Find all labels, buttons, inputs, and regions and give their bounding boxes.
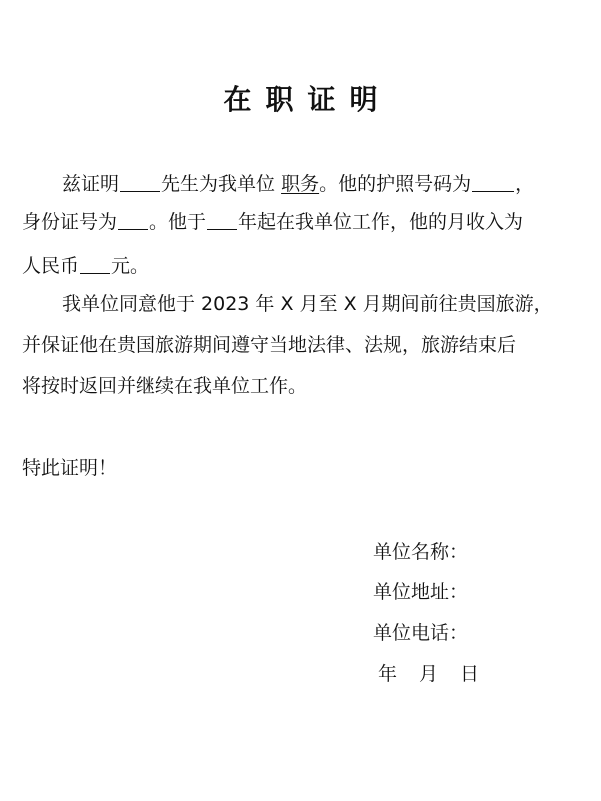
- closing-statement: 特此证明！: [22, 456, 117, 480]
- text: 先生为我单位: [161, 173, 281, 195]
- start-year-blank[interactable]: [207, 228, 237, 230]
- text: 元。: [111, 255, 149, 277]
- company-address-label: 单位地址：: [373, 580, 468, 604]
- paragraph1-line2: 身份证号为。他于年起在我单位工作，他的月收入为: [22, 210, 523, 234]
- text: 兹证明: [62, 173, 119, 195]
- date-line: 年月日: [378, 662, 479, 686]
- text: 。他的护照号码为: [319, 173, 471, 195]
- name-blank[interactable]: [120, 190, 160, 192]
- id-number-blank[interactable]: [118, 228, 148, 230]
- paragraph1-line3: 人民币元。: [22, 254, 149, 278]
- text: 身份证号为: [22, 211, 117, 233]
- passport-blank[interactable]: [472, 190, 514, 192]
- date-year: 年: [378, 662, 397, 686]
- date-month: 月: [419, 662, 438, 686]
- text: 年起在我单位工作，他的月收入为: [238, 211, 523, 233]
- income-blank[interactable]: [80, 272, 110, 274]
- text: 。他于: [149, 211, 206, 233]
- text: 人民币: [22, 255, 79, 277]
- paragraph2-line3: 将按时返回并继续在我单位工作。: [22, 374, 307, 398]
- company-phone-label: 单位电话：: [373, 621, 468, 645]
- company-name-label: 单位名称：: [373, 540, 468, 564]
- paragraph1-line1: 兹证明先生为我单位 职务。他的护照号码为，: [62, 172, 534, 196]
- paragraph2-line1: 我单位同意他于 2023 年 X 月至 X 月期间前往贵国旅游，: [62, 292, 553, 316]
- paragraph2-line2: 并保证他在贵国旅游期间遵守当地法律、法规，旅游结束后: [22, 333, 516, 357]
- document-title: 在职证明: [0, 78, 601, 118]
- text: ，: [515, 173, 534, 195]
- date-day: 日: [460, 662, 479, 686]
- position-field: 职务: [281, 173, 319, 195]
